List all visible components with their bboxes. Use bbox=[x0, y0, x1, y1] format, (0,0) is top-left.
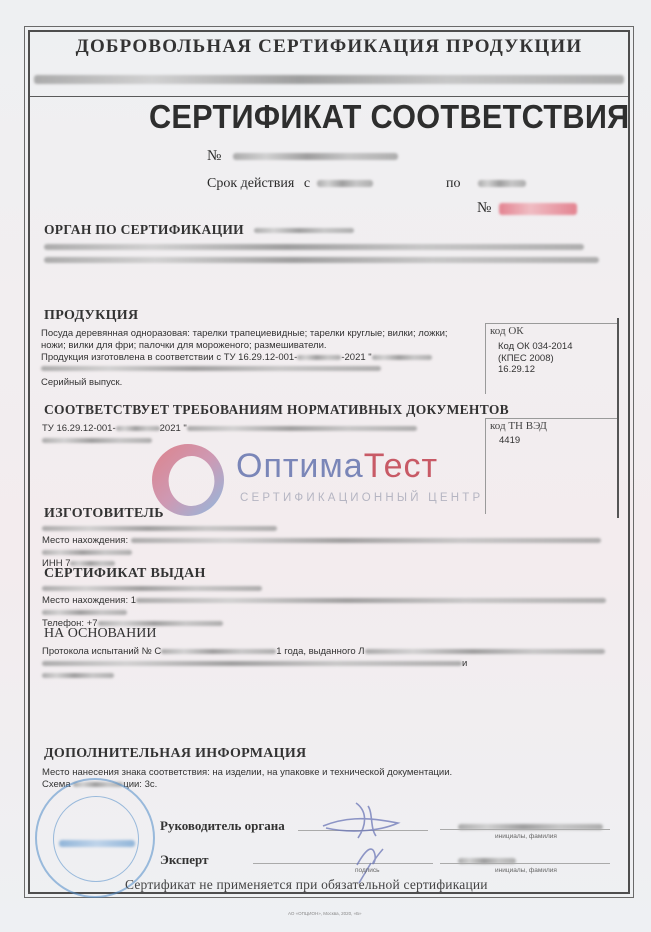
basis-details: Протокола испытаний № С1 года, выданного… bbox=[42, 646, 617, 681]
certification-body-details-redacted bbox=[44, 244, 599, 263]
issued-to-heading: СЕРТИФИКАТ ВЫДАН bbox=[44, 566, 206, 582]
basis-heading: НА ОСНОВАНИИ bbox=[44, 626, 156, 642]
document-title: СЕРТИФИКАТ СООТВЕТСТВИЯ bbox=[70, 98, 630, 136]
voluntary-certification-title: ДОБРОВОЛЬНАЯ СЕРТИФИКАЦИЯ ПРОДУКЦИИ bbox=[28, 36, 630, 58]
from-label: с bbox=[304, 176, 310, 191]
code-ok-value: Код ОК 034-2014 (КПЕС 2008) 16.29.12 bbox=[498, 341, 618, 376]
expert-label: Эксперт bbox=[160, 852, 208, 868]
product-standard: Продукция изготовлена в соответствии с Т… bbox=[41, 352, 481, 364]
certification-body-heading: ОРГАН ПО СЕРТИФИКАЦИИ bbox=[44, 222, 354, 238]
code-ok-label: код ОК bbox=[490, 325, 618, 337]
certificate-number: № bbox=[207, 148, 398, 165]
printer-imprint: АО «ОПЦИОН», Москва, 2020, «Б» bbox=[288, 911, 362, 916]
optimatest-subtitle: СЕРТИФИКАЦИОННЫЙ ЦЕНТР bbox=[240, 492, 483, 504]
code-tnved-label: код ТН ВЭД bbox=[490, 420, 618, 432]
expert-name-line bbox=[440, 863, 610, 864]
expert-name-caption: инициалы, фамилия bbox=[495, 867, 557, 874]
signature-caption: подпись bbox=[355, 867, 380, 874]
code-tnved-box: код ТН ВЭД 4419 bbox=[485, 418, 618, 514]
issued-to-details: Место нахождения: 1 Телефон: +7 bbox=[42, 583, 612, 630]
expert-signature-line bbox=[253, 863, 433, 864]
right-column-divider bbox=[617, 318, 619, 518]
manufacturer-heading: ИЗГОТОВИТЕЛЬ bbox=[44, 506, 164, 522]
product-description: Посуда деревянная одноразовая: тарелки т… bbox=[41, 328, 481, 389]
additional-info-heading: ДОПОЛНИТЕЛЬНАЯ ИНФОРМАЦИЯ bbox=[44, 746, 306, 762]
header-divider bbox=[30, 96, 628, 97]
requirements-heading: СООТВЕТСТВУЕТ ТРЕБОВАНИЯМ НОРМАТИВНЫХ ДО… bbox=[44, 402, 509, 418]
validity-period: Срок действия с bbox=[207, 176, 373, 192]
validity-to: по bbox=[446, 176, 526, 192]
validity-label: Срок действия bbox=[207, 176, 294, 191]
head-name-caption: инициалы, фамилия bbox=[495, 833, 557, 840]
registration-number-redacted bbox=[34, 71, 624, 89]
head-of-body-label: Руководитель органа bbox=[160, 818, 285, 834]
product-heading: ПРОДУКЦИЯ bbox=[44, 308, 138, 324]
requirements-standard: ТУ 16.29.12-001-2021 " bbox=[42, 423, 482, 447]
code-ok-box: код ОК Код ОК 034-2014 (КПЕС 2008) 16.29… bbox=[485, 323, 618, 394]
code-tnved-value: 4419 bbox=[499, 435, 618, 447]
manufacturer-details: Место нахождения: ИНН 7 bbox=[42, 523, 612, 570]
to-label: по bbox=[446, 176, 461, 191]
form-number: № bbox=[477, 200, 577, 217]
footer-note: Сертификат не применяется при обязательн… bbox=[125, 877, 488, 893]
stamp-text-redacted bbox=[59, 835, 135, 843]
optimatest-brand: ОптимаТест bbox=[236, 447, 438, 486]
head-name-line bbox=[440, 829, 610, 830]
